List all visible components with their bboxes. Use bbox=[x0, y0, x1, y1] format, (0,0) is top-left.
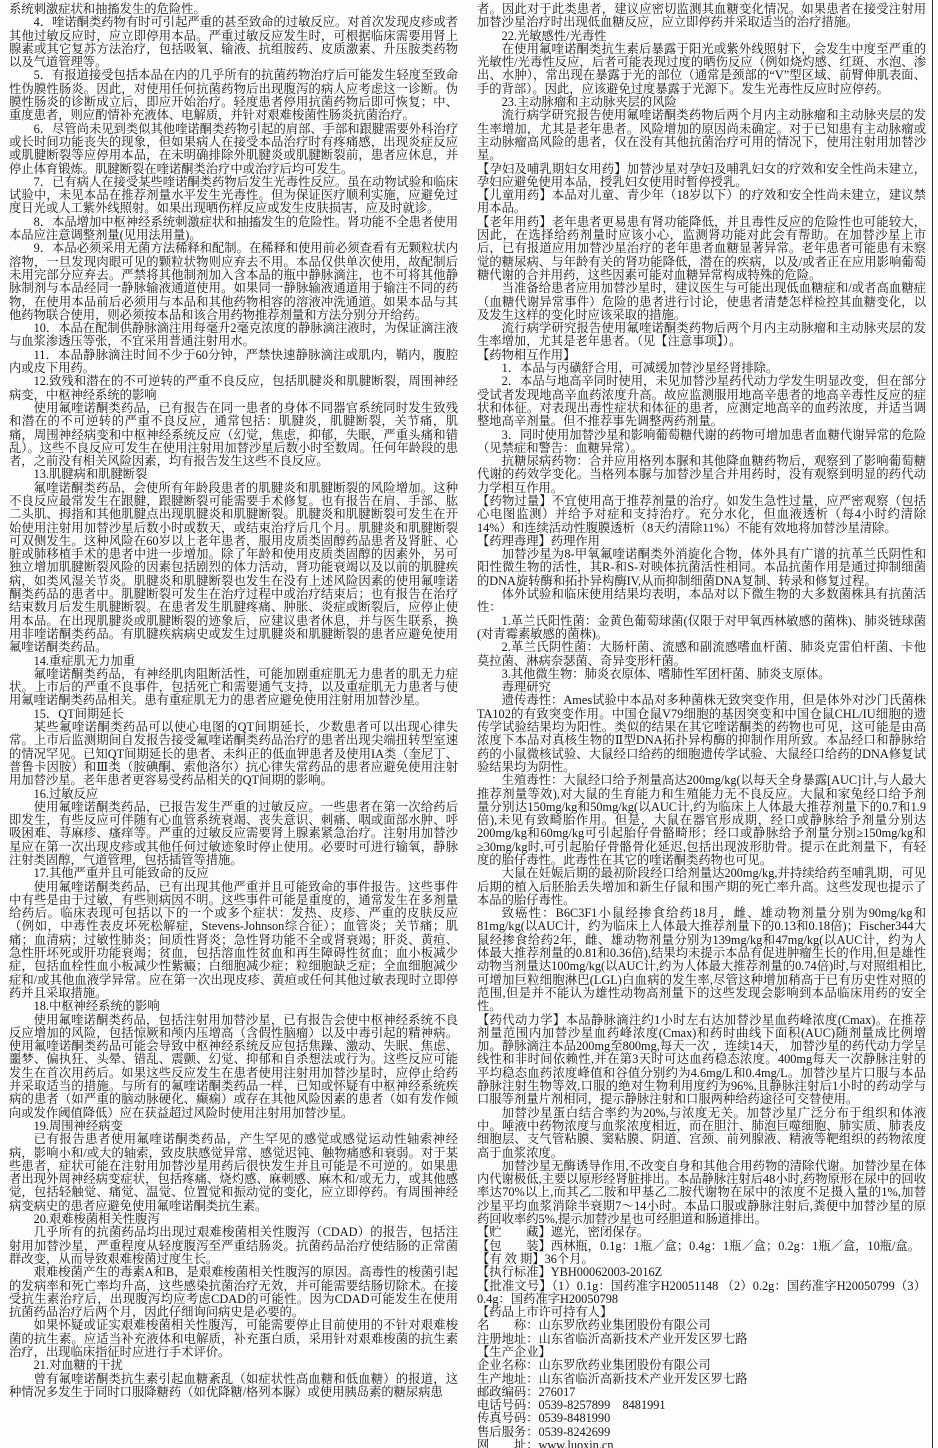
paragraph: 者。因此对于此类患者，建议应密切监测其血糖变化情况。如果患者在接受注射用加替沙星… bbox=[477, 3, 926, 30]
paragraph: 7．已有病人在接受某些喹诺酮类药物后发生光毒性反应。虽在动物试验和临床试验中，未… bbox=[9, 176, 458, 216]
paragraph: 加替沙星为8-甲氧氟喹诺酮类外消旋化合物，体外具有广谱的抗革兰氏阴性和阳性微生物… bbox=[477, 548, 926, 588]
paragraph: 致癌性：B6C3F1小鼠经掺食给药18月，雌、雄动物剂量分别为90mg/kg和8… bbox=[477, 907, 926, 1013]
paragraph: 使用氟喹诺酮类药品，包括注射用加替沙星，已有报告会使中枢神经系统不良反应增加的风… bbox=[9, 1014, 458, 1120]
paragraph: 流行病学研究报告使用氟喹诺酮类药物后两个月内主动脉瘤和主动脉夹层的发生率增加，尤… bbox=[477, 322, 926, 349]
paragraph: 当准备给患者应用加替沙星时，建议医生与可能出现低血糖症和/或者高血糖症（血糖代谢… bbox=[477, 282, 926, 322]
paragraph: 加替沙星无酶诱导作用,不改变自身和其他合用药物的清除代谢。加替沙星在体内代谢极低… bbox=[477, 1160, 926, 1226]
paragraph: 已有报告患者使用氟喹诺酮类药品，产生罕见的感觉或感觉运动性轴索神经病，影响小和/… bbox=[9, 1133, 458, 1213]
paragraph: 2.革兰氏阴性菌：大肠杆菌、流感和副流感嗜血杆菌、肺炎克雷伯杆菌、卡他莫拉菌、淋… bbox=[477, 641, 926, 668]
paragraph: 【孕妇及哺乳期妇女用药】加替沙星对孕妇及哺乳妇女的疗效和安全性尚未建立，孕妇应避… bbox=[477, 163, 926, 190]
paragraph: 【药代动力学】本品静脉滴注约1小时左右达加替沙星血药峰浓度(Cmax)。在推荐剂… bbox=[477, 1014, 926, 1107]
paragraph: 大鼠在妊娠后期的最初阶段经口给剂量达200mg/kg,并持续给药至哺乳期，可见后… bbox=[477, 867, 926, 907]
paragraph: 抗糖尿病药物：合并应用格列本脲和其他降血糖药物后，观察到了影响葡萄糖代谢的药效学… bbox=[477, 455, 926, 495]
paragraph: 4．喹诺酮类药物有时可引起严重的甚至致命的过敏反应。对首次发现皮疹或者其他过敏反… bbox=[9, 16, 458, 69]
paragraph: 22.光敏感性/光毒性 bbox=[477, 30, 926, 43]
paragraph: 在使用氟喹诺酮类抗生素后暴露于阳光或紫外线照射下，会发生中度至严重的光敏性/光毒… bbox=[477, 43, 926, 96]
paragraph: 13.肌腱病和肌腱断裂 bbox=[9, 468, 458, 481]
paragraph: 某些氟喹诺酮类药品可以使心电图的QT间期延长，少数患者可以出现心律失常。上市后监… bbox=[9, 721, 458, 787]
paragraph: 10．本品在配制供静脉滴注用每毫升2毫克浓度的静脉滴注液时，为保证滴注液与血浆渗… bbox=[9, 322, 458, 349]
left-text-column: 系统刺激症状和抽搐发生的危险性。4．喹诺酮类药物有时可引起严重的甚至致命的过敏反… bbox=[9, 3, 458, 1399]
paragraph: 名 称：山东罗欣药业集团股份有限公司 bbox=[477, 1319, 926, 1332]
paragraph: 5．有报道接受包括本品在内的几乎所有的抗菌药物治疗后可能发生轻度至致命性伪膜性肠… bbox=[9, 69, 458, 122]
paragraph: 【包 装】西林瓶，0.1g：1瓶／盒；0.4g：1瓶／盒；0.2g：1瓶／盒，1… bbox=[477, 1240, 926, 1253]
paragraph: 氟喹诺酮类药品，有神经肌肉阻断活性，可能加剧重症肌无力患者的肌无力症状。上市后的… bbox=[9, 668, 458, 708]
paragraph: 使用氟喹诺酮类药品，已报告发生严重的过敏反应。一些患者在第一次给药后即发生，有些… bbox=[9, 801, 458, 867]
paragraph: 11．本品静脉滴注时间不少于60分钟，严禁快速静脉滴注或肌内，鞘内，腹腔内或皮下… bbox=[9, 349, 458, 376]
paragraph: 12.致残和潜在的不可逆转的严重不良反应，包括肌腱炎和肌腱断裂，周围神经病变，中… bbox=[9, 375, 458, 402]
paragraph: 【老年用药】老年患者更易患有肾功能降低，并且毒性反应的危险性也可能较大，因此，在… bbox=[477, 216, 926, 282]
paragraph: 注册地址：山东省临沂高新技术产业开发区罗七路 bbox=[477, 1333, 926, 1346]
paragraph: 艰难梭菌产生的毒素A和B，是艰难梭菌相关性腹泻的原因。高毒性的梭菌引起的发病率和… bbox=[9, 1266, 458, 1319]
paragraph: 14.重症肌无力加重 bbox=[9, 655, 458, 668]
paragraph: 【批准文号】（1）0.1g：国药准字H20051148 （2）0.2g：国药准字… bbox=[477, 1280, 926, 1307]
paragraph: 企业名称：山东罗欣药业集团股份有限公司 bbox=[477, 1359, 926, 1372]
paragraph: 使用氟喹诺酮类药品，已有报告在同一患者的身体不同器官系统同时发生致残和潜在的不可… bbox=[9, 402, 458, 468]
paragraph: 几乎所有的抗菌药品均出现过艰难梭菌相关性腹泻（CDAD）的报告，包括注射用加替沙… bbox=[9, 1226, 458, 1266]
paragraph: 使用氟喹诺酮类药品，已有出现其他严重并且可能致命的事件报告。这些事件中有些是由于… bbox=[9, 881, 458, 1001]
paragraph: 18.中枢神经系统的影响 bbox=[9, 1000, 458, 1013]
paragraph: 【执行标准】YBH00062003-2016Z bbox=[477, 1266, 926, 1279]
paragraph: 【药物过量】不宜使用高于推荐剂量的治疗。如发生急性过量，应严密观察（包括心电图监… bbox=[477, 495, 926, 535]
paragraph: 氟喹诺酮类药品，会使所有年龄段患者的肌腱炎和肌腱断裂的风险增加。这种不良反应最常… bbox=[9, 482, 458, 655]
right-text-column: 者。因此对于此类患者，建议应密切监测其血糖变化情况。如果患者在接受注射用加替沙星… bbox=[477, 3, 926, 1448]
paragraph: 网 址：www.luoxin.cn bbox=[477, 1439, 926, 1448]
paragraph: 生殖毒性：大鼠经口给予剂量高达200mg/kg(以每天全身暴露[AUC]计,与人… bbox=[477, 774, 926, 867]
paragraph: 传真号码：0539-8481990 bbox=[477, 1412, 926, 1425]
page-right-border-line bbox=[932, 0, 933, 1448]
paragraph: 8．本品增加中枢神经系统刺激症状和抽搐发生的危险性。肾功能不全患者使用本品应注意… bbox=[9, 216, 458, 243]
paragraph: 曾有氟喹诺酮类抗生素引起血糖紊乱（如症状性高血糖和低血糖）的报道，这种情况多发生… bbox=[9, 1373, 458, 1400]
paragraph: 【贮 藏】遮光，密闭保存。 bbox=[477, 1226, 926, 1239]
paragraph: 加替沙星蛋白结合率约为20%,与浓度无关。加替沙星广泛分布于组织和体液中。唾液中… bbox=[477, 1107, 926, 1160]
paragraph: 2．本品与地高辛同时使用，未见加替沙星药代动力学发生明显改变，但在部分受试者发现… bbox=[477, 375, 926, 428]
paragraph: 【儿童用药】本品对儿童、青少年（18岁以下）的疗效和安全性尚未建立，建议禁用本品… bbox=[477, 189, 926, 216]
paragraph: 6．尽管尚未见到类似其他喹诺酮类药物引起的肩部、手部和跟腱需要外科治疗或长时间功… bbox=[9, 123, 458, 176]
paragraph: 9．本品必须采用无菌方法稀释和配制。在稀释和使用前必须查看有无颗粒状内溶物，一旦… bbox=[9, 242, 458, 322]
paragraph: 生产地址：山东省临沂高新技术产业开发区罗七路 bbox=[477, 1373, 926, 1386]
paragraph: 遗传毒性：Ames试验中本品对多种菌株无致突变作用，但是体外对沙门氏菌株TA10… bbox=[477, 694, 926, 774]
paragraph: 体外试验和临床使用结果均表明，本品对以下微生物的大多数菌株具有抗菌活性： bbox=[477, 588, 926, 615]
paragraph: 21.对血糖的干扰 bbox=[9, 1359, 458, 1372]
paragraph: 如果怀疑或证实艰难梭菌相关性腹泻，可能需要停止目前使用的不针对艰难梭菌的抗生素。… bbox=[9, 1319, 458, 1359]
paragraph: 17.其他严重并且可能致命的反应 bbox=[9, 867, 458, 880]
paragraph: 16.过敏反应 bbox=[9, 788, 458, 801]
paragraph: 流行病学研究报告使用氟喹诺酮类药物后两个月内主动脉瘤和主动脉夹层的发生率增加，尤… bbox=[477, 109, 926, 162]
paragraph: 3．同时使用加替沙星和影响葡萄糖代谢的药物可增加患者血糖代谢异常的危险（见禁症和… bbox=[477, 429, 926, 456]
paragraph: 1.革兰氏阳性菌：金黄色葡萄球菌(仅限于对甲氧西林敏感的菌株)、肺炎链球菌(对青… bbox=[477, 615, 926, 642]
